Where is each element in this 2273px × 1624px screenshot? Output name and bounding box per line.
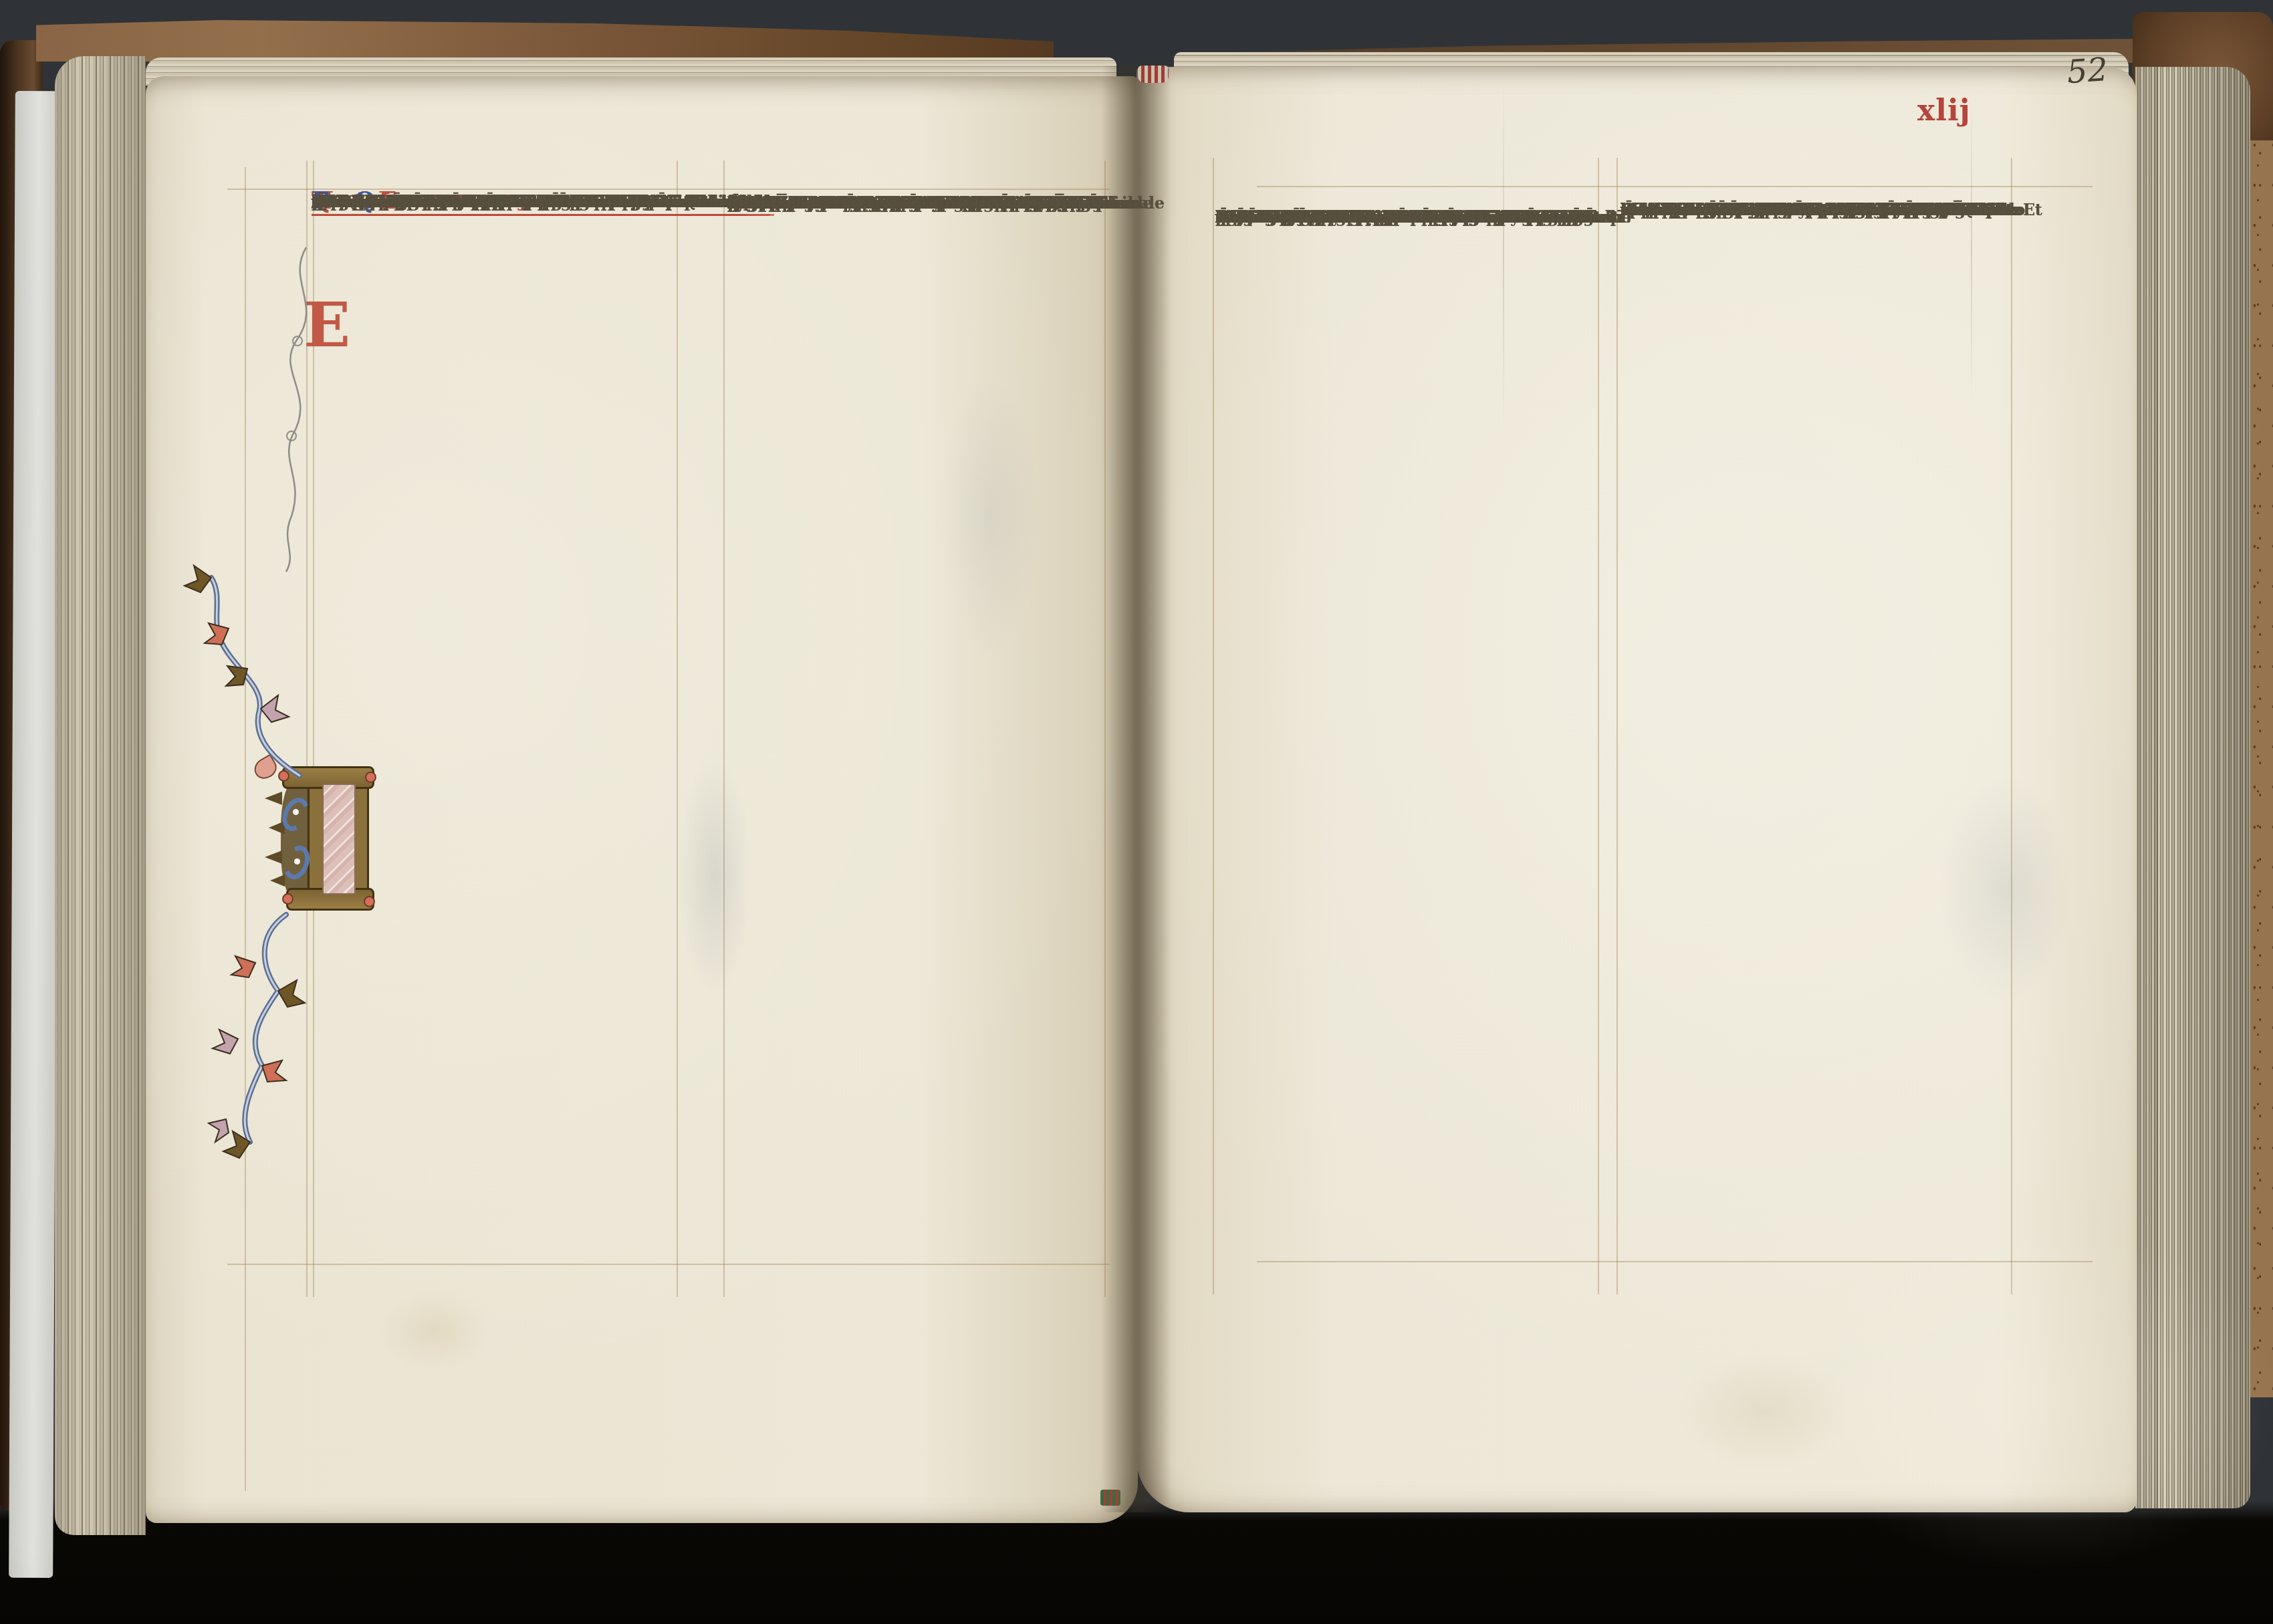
page-edges-left [55,56,146,1535]
text-column-3: ei iudei. Nobis non licet interficere qu… [1215,207,1594,1248]
manuscript-text-line: percussit pontificis s̄uum: et abscidit … [312,191,674,213]
ruling-line [723,160,725,1297]
headband-top [1138,66,1169,83]
text-segment: percussit pontificis s̄uum: et abscidit … [312,191,697,213]
paper-insert [9,91,59,1578]
penwork-flourish [266,241,360,575]
ruling-line [1213,158,1214,1294]
manuscript-text-line: sp̄m. Judei ergo qm̄ parasceue erat ut n… [1621,199,2007,221]
folio-number: 52 [2066,48,2149,94]
ruling-line [2011,158,2012,1294]
text-column-2: lam eius dextram. Erat aūt nomen s̄uomal… [727,193,1102,1256]
ruling-line [1104,160,1106,1297]
ruling-line [1617,158,1618,1294]
manuscript-text-line: Et inde querebat pylatus dimittere eū. I… [1215,207,1594,228]
manuscript-photo: 52 xlij mane. Si quid residui fuit: igni… [0,0,2273,1624]
headband-bottom [1100,1490,1120,1506]
binding-leather-right [2249,140,2273,1397]
binding-leather-top-left [36,20,1054,62]
ruling-line [227,1264,1110,1265]
gutter-shadow [1102,66,1171,1512]
page-edges-right [2135,67,2250,1508]
ruling-line [1598,158,1599,1294]
ruling-line [1257,186,2092,187]
quire-numeral-red: xlij [1917,94,1991,130]
ruling-line [677,160,678,1297]
text-column-4: aūt clamabant dicentes. Si hunc dimittis… [1621,199,2007,1237]
ivy-vine-decoration [167,555,394,1157]
ruling-line [1257,1261,2092,1262]
manuscript-text-line: gem vr̄am iudicate eum. Dixerunt ergo [727,193,1102,214]
